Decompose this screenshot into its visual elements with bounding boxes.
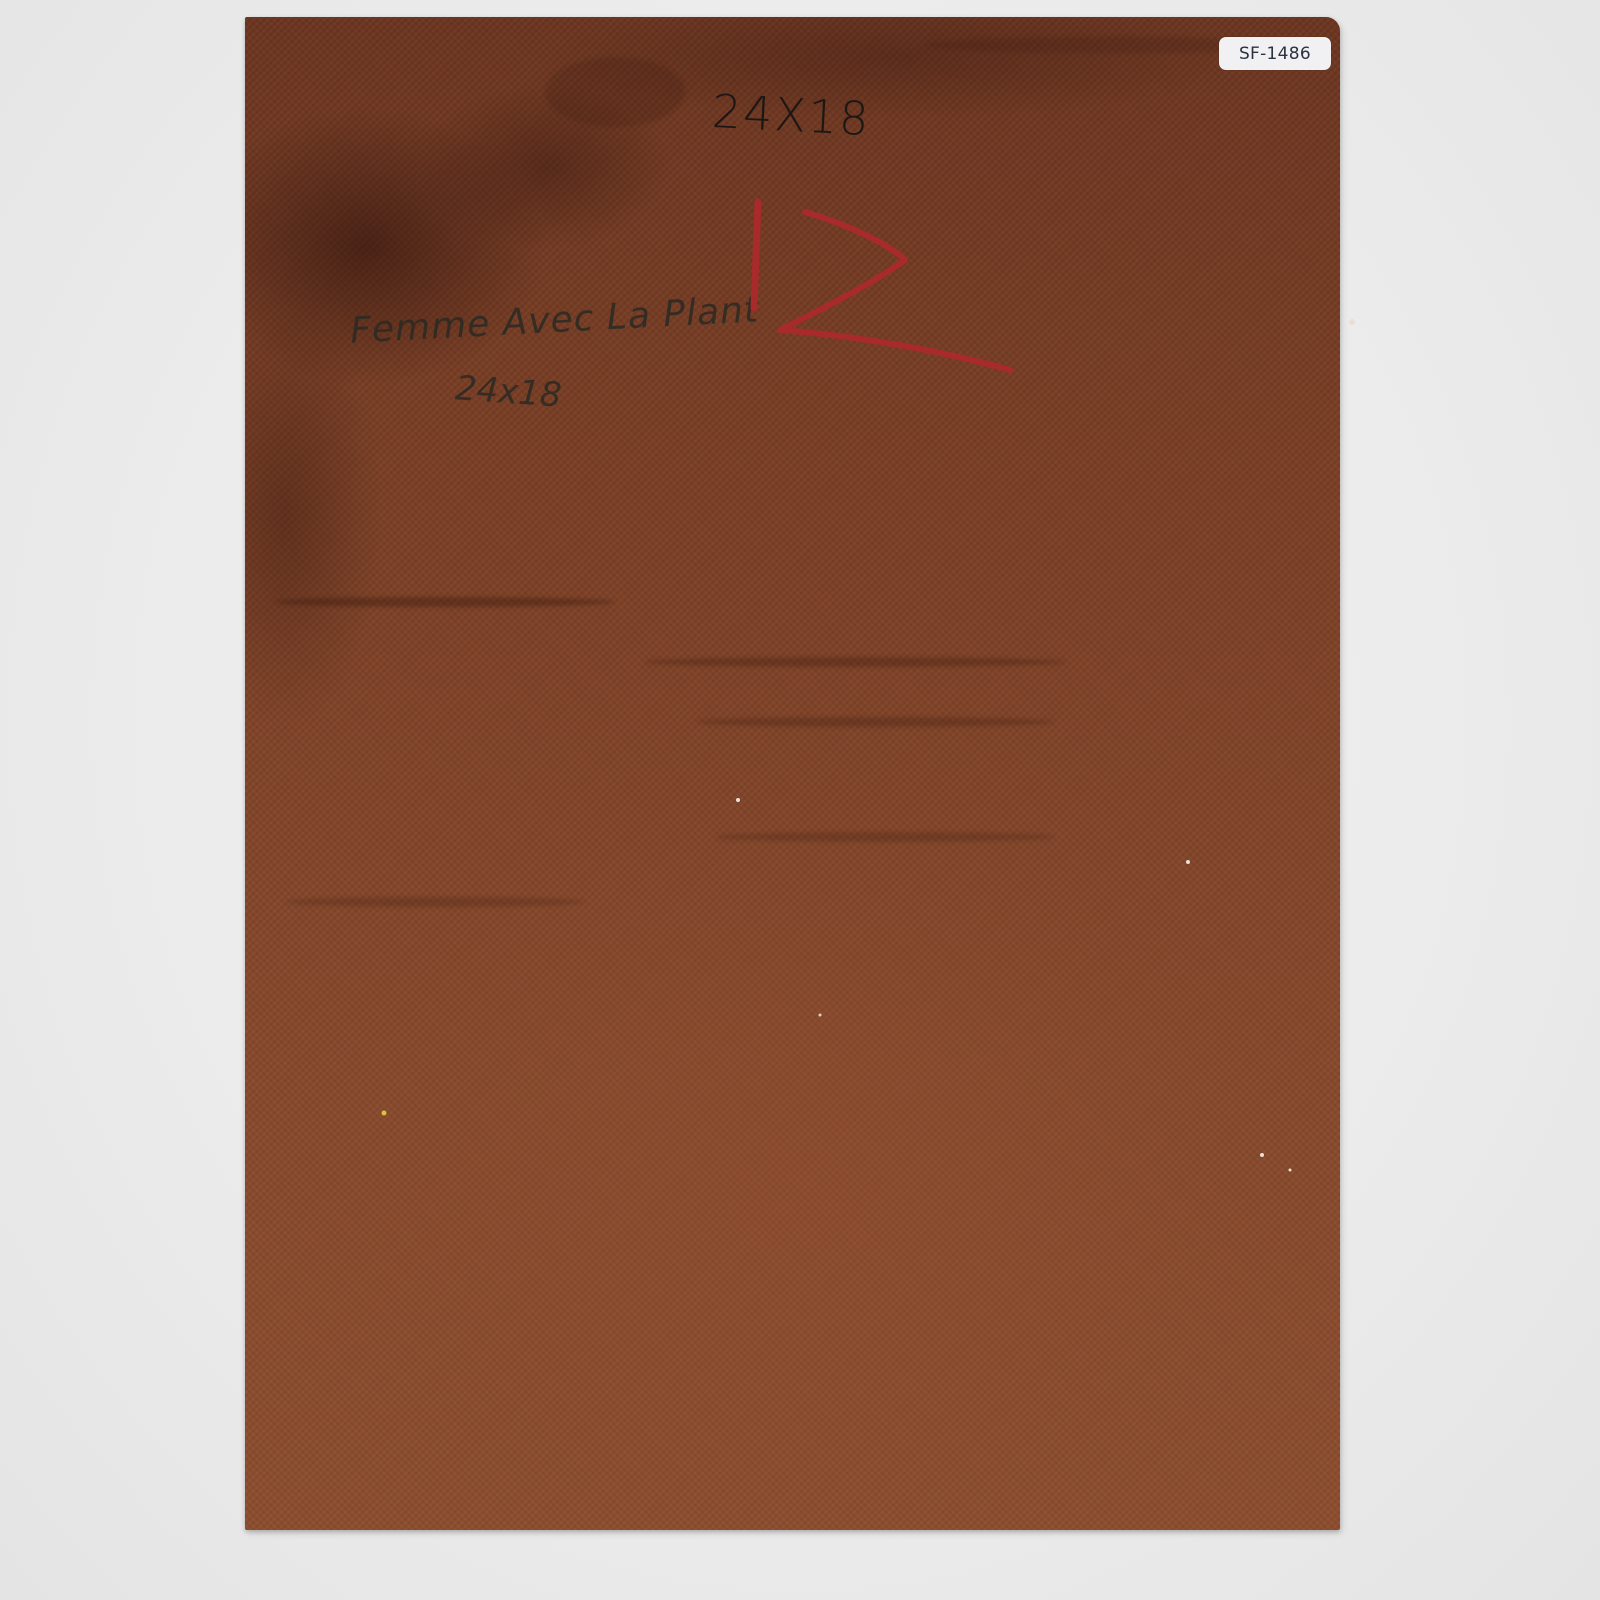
inventory-label: SF-1486 xyxy=(1219,37,1331,70)
water-stain xyxy=(715,832,1055,842)
photo-background: SF-1486 24X18 Femme Avec La Plant 24x18 … xyxy=(0,0,1600,1600)
water-stain xyxy=(275,597,615,607)
handwritten-size-under-title: 24x18 xyxy=(454,368,563,415)
handwritten-size-top: 24X18 xyxy=(711,84,872,146)
water-stain xyxy=(695,717,1055,727)
inventory-label-text: SF-1486 xyxy=(1239,44,1311,64)
water-stain xyxy=(545,57,685,127)
water-stain xyxy=(645,657,1065,667)
water-stain xyxy=(285,897,585,907)
red-marker-number-12: 12 xyxy=(740,190,1030,380)
